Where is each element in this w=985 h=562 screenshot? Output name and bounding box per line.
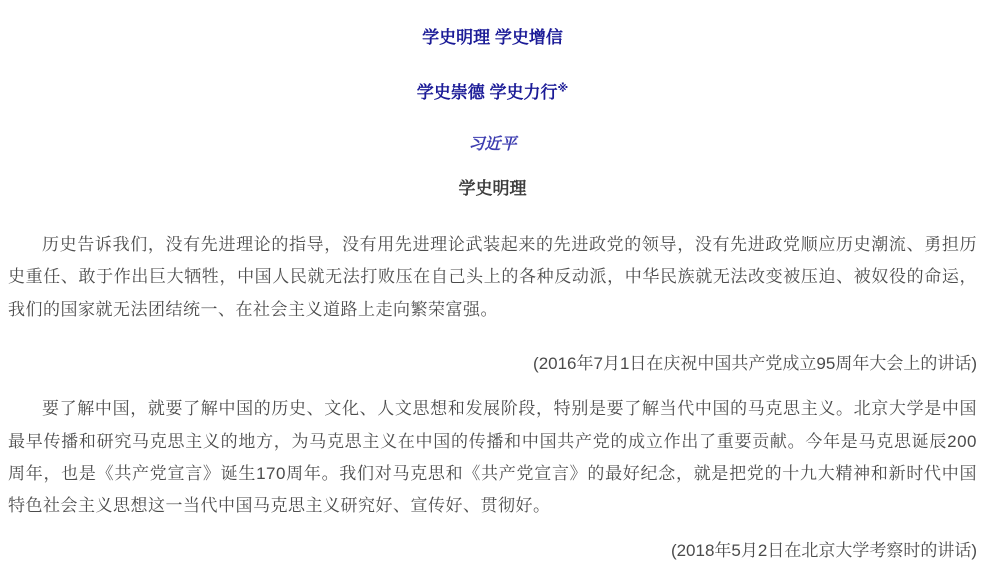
footnote-marker: ※ [558,82,569,94]
article-author: 习近平 [8,134,977,156]
paragraph-2: 要了解中国，就要了解中国的历史、文化、人文思想和发展阶段，特别是要了解当代中国的… [8,393,977,523]
article-title-line1-text: 学史明理 学史增信 [422,28,563,47]
article-title-line1: 学史明理 学史增信 [8,26,977,50]
document-page: 学史明理 学史增信 学史崇德 学史力行※ 习近平 学史明理 历史告诉我们，没有先… [0,0,985,562]
article-title-line2: 学史崇德 学史力行※ [8,81,977,105]
citation-2: (2018年5月2日在北京大学考察时的讲话) [8,535,977,562]
section-heading: 学史明理 [8,177,977,201]
article-title-line2-text: 学史崇德 学史力行 [417,83,558,102]
paragraph-1: 历史告诉我们，没有先进理论的指导，没有用先进理论武装起来的先进政党的领导，没有先… [8,229,977,326]
citation-1: (2016年7月1日在庆祝中国共产党成立95周年大会上的讲话) [8,348,977,380]
